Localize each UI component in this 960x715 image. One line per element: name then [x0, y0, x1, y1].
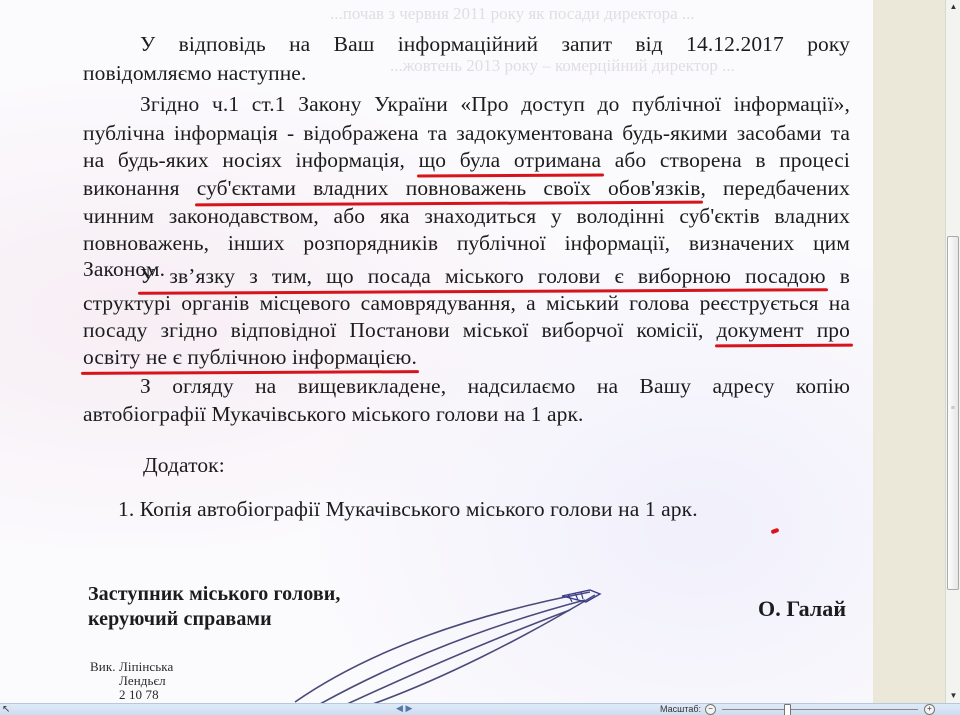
attachment-heading: Додаток: — [143, 453, 225, 478]
scanned-page: ...почав з червня 2011 року як посади ди… — [0, 0, 873, 703]
paragraph-3-line: структурі органів місцевого самоврядуван… — [83, 291, 850, 316]
grip-icon: ≡ — [951, 407, 957, 410]
zoom-out-button[interactable]: − — [705, 704, 716, 715]
text-segment: в — [826, 264, 850, 288]
text-segment: на будь-яких носіях інформація, — [83, 148, 419, 172]
scrollbar-thumb[interactable]: ≡ — [947, 236, 959, 590]
bleed-through-text: ...почав з червня 2011 року як посади ди… — [330, 4, 695, 24]
zoom-label: Масштаб: — [660, 704, 701, 714]
paragraph-2-line: Згідно ч.1 ст.1 Закону України «Про дост… — [140, 92, 850, 117]
zoom-slider-handle[interactable] — [784, 704, 791, 715]
vertical-scrollbar[interactable]: ▲ ≡ ▼ — [945, 0, 960, 703]
scroll-up-icon[interactable]: ▲ — [946, 0, 960, 14]
bleed-through-text: ...жовтень 2013 року – комерційний дирек… — [390, 56, 735, 76]
viewer-statusbar: ↖ ◀ ▶ Масштаб: − + — [0, 703, 960, 715]
signatory-title: керуючий справами — [88, 608, 272, 631]
text-segment: посаду згідно відповідної Постанови місь… — [83, 318, 717, 342]
paragraph-2-line: чинним законодавством, або яка знаходить… — [83, 204, 850, 229]
signatory-name: О. Галай — [758, 596, 846, 622]
next-page-icon[interactable]: ▶ — [405, 703, 412, 713]
paragraph-4-line: автобіографії Мукачівського міського гол… — [83, 402, 584, 427]
highlighted-text: освіту не є публічною інформацією. — [83, 345, 417, 369]
text-segment: , передбачених — [700, 176, 850, 200]
attachment-item: 1. Копія автобіографії Мукачівського міс… — [118, 497, 698, 522]
highlighted-text: документ про — [717, 318, 851, 342]
executor-phone: 2 10 78 — [119, 687, 159, 703]
paragraph-2-line: на будь-яких носіях інформація, що була … — [83, 148, 850, 173]
page-navigation: ◀ ▶ — [396, 703, 412, 714]
cursor-icon: ↖ — [2, 704, 10, 715]
paragraph-4-line: З огляду на вищевикладене, надсилаємо на… — [140, 374, 850, 399]
paragraph-2-line: повноважень, інших розпорядників публічн… — [83, 231, 850, 256]
paragraph-1-line: повідомляємо наступне. — [83, 61, 306, 86]
red-pen-mark — [771, 528, 780, 534]
text-segment: виконання — [83, 176, 197, 200]
scroll-down-icon[interactable]: ▼ — [946, 689, 960, 703]
highlighted-text: суб'єктами владних повноважень своїх обо… — [197, 176, 701, 200]
paragraph-2-line: виконання суб'єктами владних повноважень… — [83, 176, 850, 201]
zoom-slider-track[interactable] — [722, 709, 918, 710]
document-viewer: ...почав з червня 2011 року як посади ди… — [0, 0, 945, 703]
previous-page-icon[interactable]: ◀ — [396, 703, 403, 713]
paragraph-3-line: У зв’язку з тим, що посада міського голо… — [140, 264, 850, 289]
handwritten-signature — [290, 580, 620, 703]
paragraph-3-line: освіту не є публічною інформацією. — [83, 345, 417, 370]
paragraph-2-line: публічна інформація - відображена та зад… — [83, 121, 850, 146]
paragraph-1-line: У відповідь на Ваш інформаційний запит в… — [140, 32, 850, 57]
highlighted-text: У зв’язку з тим, що посада міського голо… — [140, 264, 826, 288]
highlighted-text: що була отримана — [419, 148, 602, 172]
text-segment: або створена в процесі — [601, 148, 850, 172]
zoom-in-button[interactable]: + — [924, 704, 935, 715]
paragraph-3-line: посаду згідно відповідної Постанови місь… — [83, 318, 850, 343]
